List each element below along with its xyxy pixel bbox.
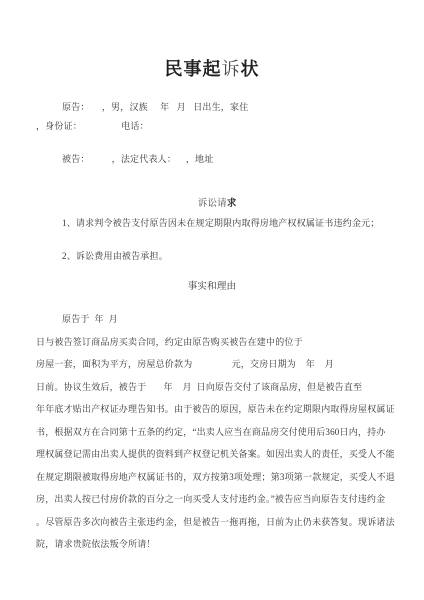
facts-line: 在规定期限被取得房地产权属证书的，双方按第3项处理；第3项第一款规定，买受人不退 xyxy=(36,471,388,484)
claims-heading-bold: 求 xyxy=(227,199,237,209)
facts-line: 原告于 年 月 xyxy=(36,313,388,326)
facts-line: 院，请求贵院依法叛令所请！ xyxy=(36,538,388,551)
claims-heading-light: 诉讼请 xyxy=(198,199,227,209)
plaintiff-info-line: 原告： ，男，汉族 年 月 日出生，家住 xyxy=(36,101,388,114)
plaintiff-id-line: ，身份证： 电话： xyxy=(36,120,388,133)
document-title: 民事起诉状 xyxy=(36,58,388,80)
title-bold-start: 民事起 xyxy=(165,59,222,79)
claim-item-1: 1、请求判令被告支付原告因未在规定期限内取得房地产权权属证书违约金元； xyxy=(36,217,388,230)
facts-line: 。尽管原告多次向被告主张违约金，但是被告一拖再拖，日前为止仍未获答复。现诉诸法 xyxy=(36,516,388,529)
title-light-mid: 诉 xyxy=(222,59,241,79)
facts-line: 日与被告签订商品房买卖合同，约定由原告购买被告在建中的位于 xyxy=(36,336,388,349)
facts-line: 理权属登记需由出卖人提供的资料到产权登记机关备案。如因出卖人的责任，买受人不能 xyxy=(36,448,388,461)
facts-line: 书，根据双方在合同第十五条的约定，“出卖人应当在商品房交付使用后360日内，持办 xyxy=(36,426,388,439)
facts-heading: 事实和理由 xyxy=(36,281,388,294)
facts-line: 房屋一套，面积为平方，房屋总价款为 元，交房日期为 年 月 xyxy=(36,358,388,371)
claims-heading: 诉讼请求 xyxy=(36,185,388,198)
facts-line: 房，出卖人按已付房价款的百分之一向买受人支付违约金。”被告应当向原告支付违约金 xyxy=(36,493,388,506)
complaint-document: 民事起诉状 原告： ，男，汉族 年 月 日出生，家住 ，身份证： 电话： 被告：… xyxy=(0,0,424,600)
title-bold-end: 状 xyxy=(241,59,260,79)
facts-line: 年年底才贴出产权证办理告知书。由于被告的原因，原告未在约定期限内取得房屋权属证 xyxy=(36,403,388,416)
defendant-info-line: 被告： ，法定代表人： ，地址 xyxy=(36,153,388,166)
claim-item-2: 2、诉讼费用由被告承担。 xyxy=(36,250,388,263)
facts-line: 日前。协议生效后，被告于 年 月 日向原告交付了该商品房，但是被告直至 xyxy=(36,381,388,394)
